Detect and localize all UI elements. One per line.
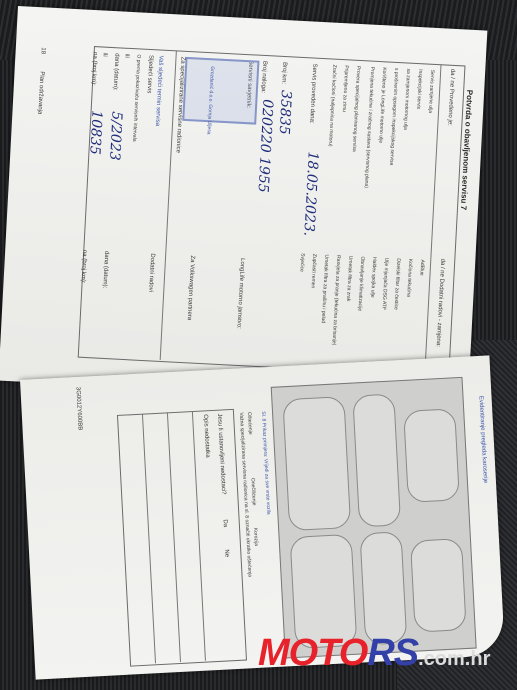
car-body-diagram [271,377,477,659]
date-value: 5/2023 [106,111,125,161]
no-label: Ne [223,549,229,557]
km-value: 35835 [276,90,294,135]
logo-domain: .com.hr [418,648,490,670]
check-item: Svjećice [298,253,305,272]
motors-watermark-logo: MOTORS.com.hr [258,632,490,675]
check-item: AdBlue [418,259,425,275]
option-dirt: Onečišćenje [249,478,256,506]
logo-part-rs: RS [367,632,418,674]
yes-label: Da [222,519,228,527]
defect-form [117,409,247,667]
ili-1: ili [123,54,129,58]
car-side-view [352,393,401,527]
km-label: Broj km: [280,62,287,84]
car-top-view [282,396,351,531]
right-page-title: Evidentiranje pregleda karoserije [477,396,488,484]
service-booklet-left-page: Potvrda o obavljenom servisu 7 da / ne P… [0,6,487,405]
logo-part-to: TO [317,632,367,674]
ili-2: ili [101,52,107,56]
option-damage: Oštećenje [246,412,253,435]
service-booklet-right-page: 3G0012Y600BB Jesu li ustanovljeni nedost… [20,355,505,679]
page-number: 18 [40,47,46,54]
km-or-value: 10835 [86,110,104,155]
logo-part-mo: MO [258,632,317,674]
figure-caption: Sl. 8 Prikaz primjera: Vrijedi za sve vr… [260,411,271,515]
dealer-stamp [182,57,259,125]
page-footer: Plan održavanja [36,71,44,114]
car-rear-view [410,538,467,633]
option-corrosion: Korozija [252,528,259,546]
car-front-view [403,408,460,503]
car-side-view-2 [359,531,407,645]
barcode-text: 3G0012Y600BB [74,387,82,431]
